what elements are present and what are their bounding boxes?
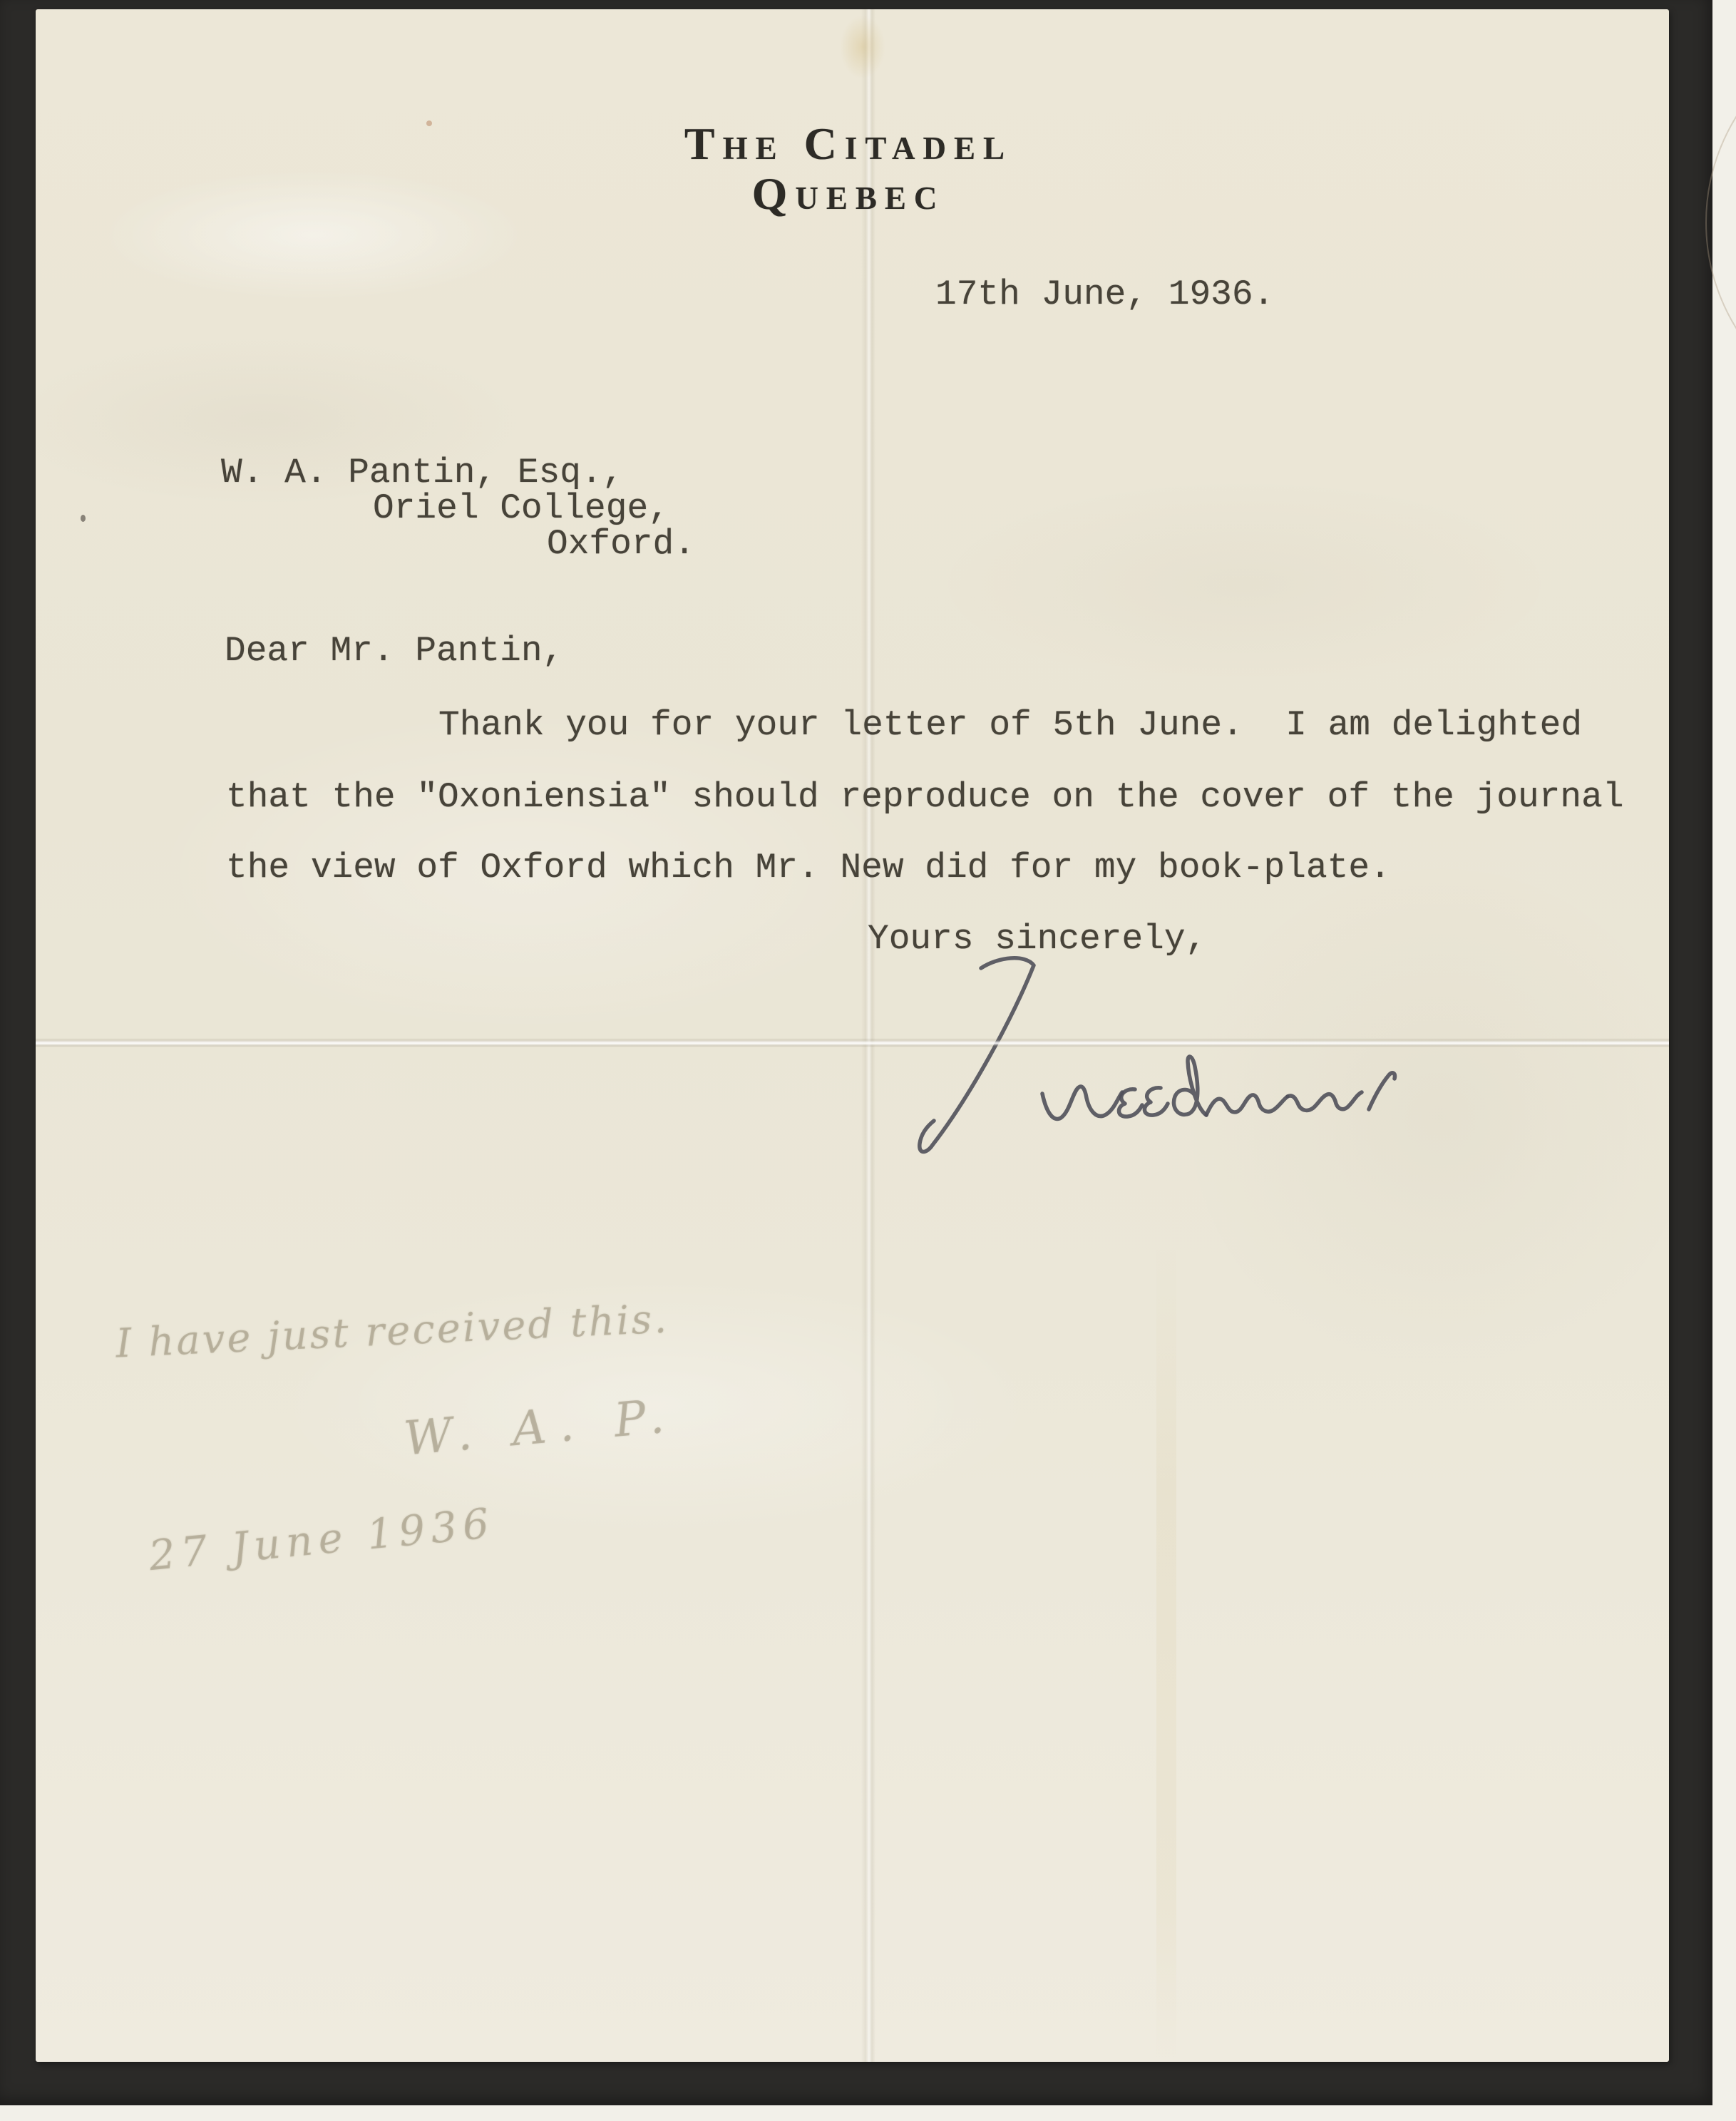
letter-date: 17th June, 1936. (935, 275, 1274, 314)
fold-top-stain (840, 15, 885, 79)
recipient-college: Oriel College, (373, 489, 669, 528)
paper-crumple-texture (36, 9, 1669, 2062)
pencil-annotation-note: I have just received this. (115, 1295, 669, 1367)
horizontal-fold-crease (36, 1038, 1669, 1047)
letterhead-line2: Quebec (385, 168, 1312, 220)
signature-tweedsmuir-handwriting (877, 951, 1412, 1179)
body-line-3: the view of Oxford which Mr. New did for… (226, 848, 1391, 887)
pencil-annotation-date: 27 June 1936 (147, 1499, 497, 1580)
scanned-letter-page: The Citadel Quebec 17th June, 1936. W. A… (0, 0, 1736, 2121)
body-line-1: Thank you for your letter of 5th June. I… (438, 706, 1582, 744)
body-line-2: that the "Oxoniensia" should reproduce o… (226, 778, 1624, 816)
paper-speck (426, 120, 432, 126)
letterhead-line1: The Citadel (385, 118, 1312, 170)
salutation: Dear Mr. Pantin, (225, 632, 563, 670)
vertical-fold-crease (861, 9, 875, 2062)
yellow-stain-streak (1156, 1243, 1176, 2062)
recipient-name: W. A. Pantin, Esq., (221, 453, 623, 492)
ink-speck (81, 515, 86, 522)
letter-paper: The Citadel Quebec 17th June, 1936. W. A… (36, 9, 1669, 2062)
pencil-annotation-initials: W. A. P. (401, 1387, 679, 1466)
recipient-city: Oxford. (547, 525, 695, 563)
